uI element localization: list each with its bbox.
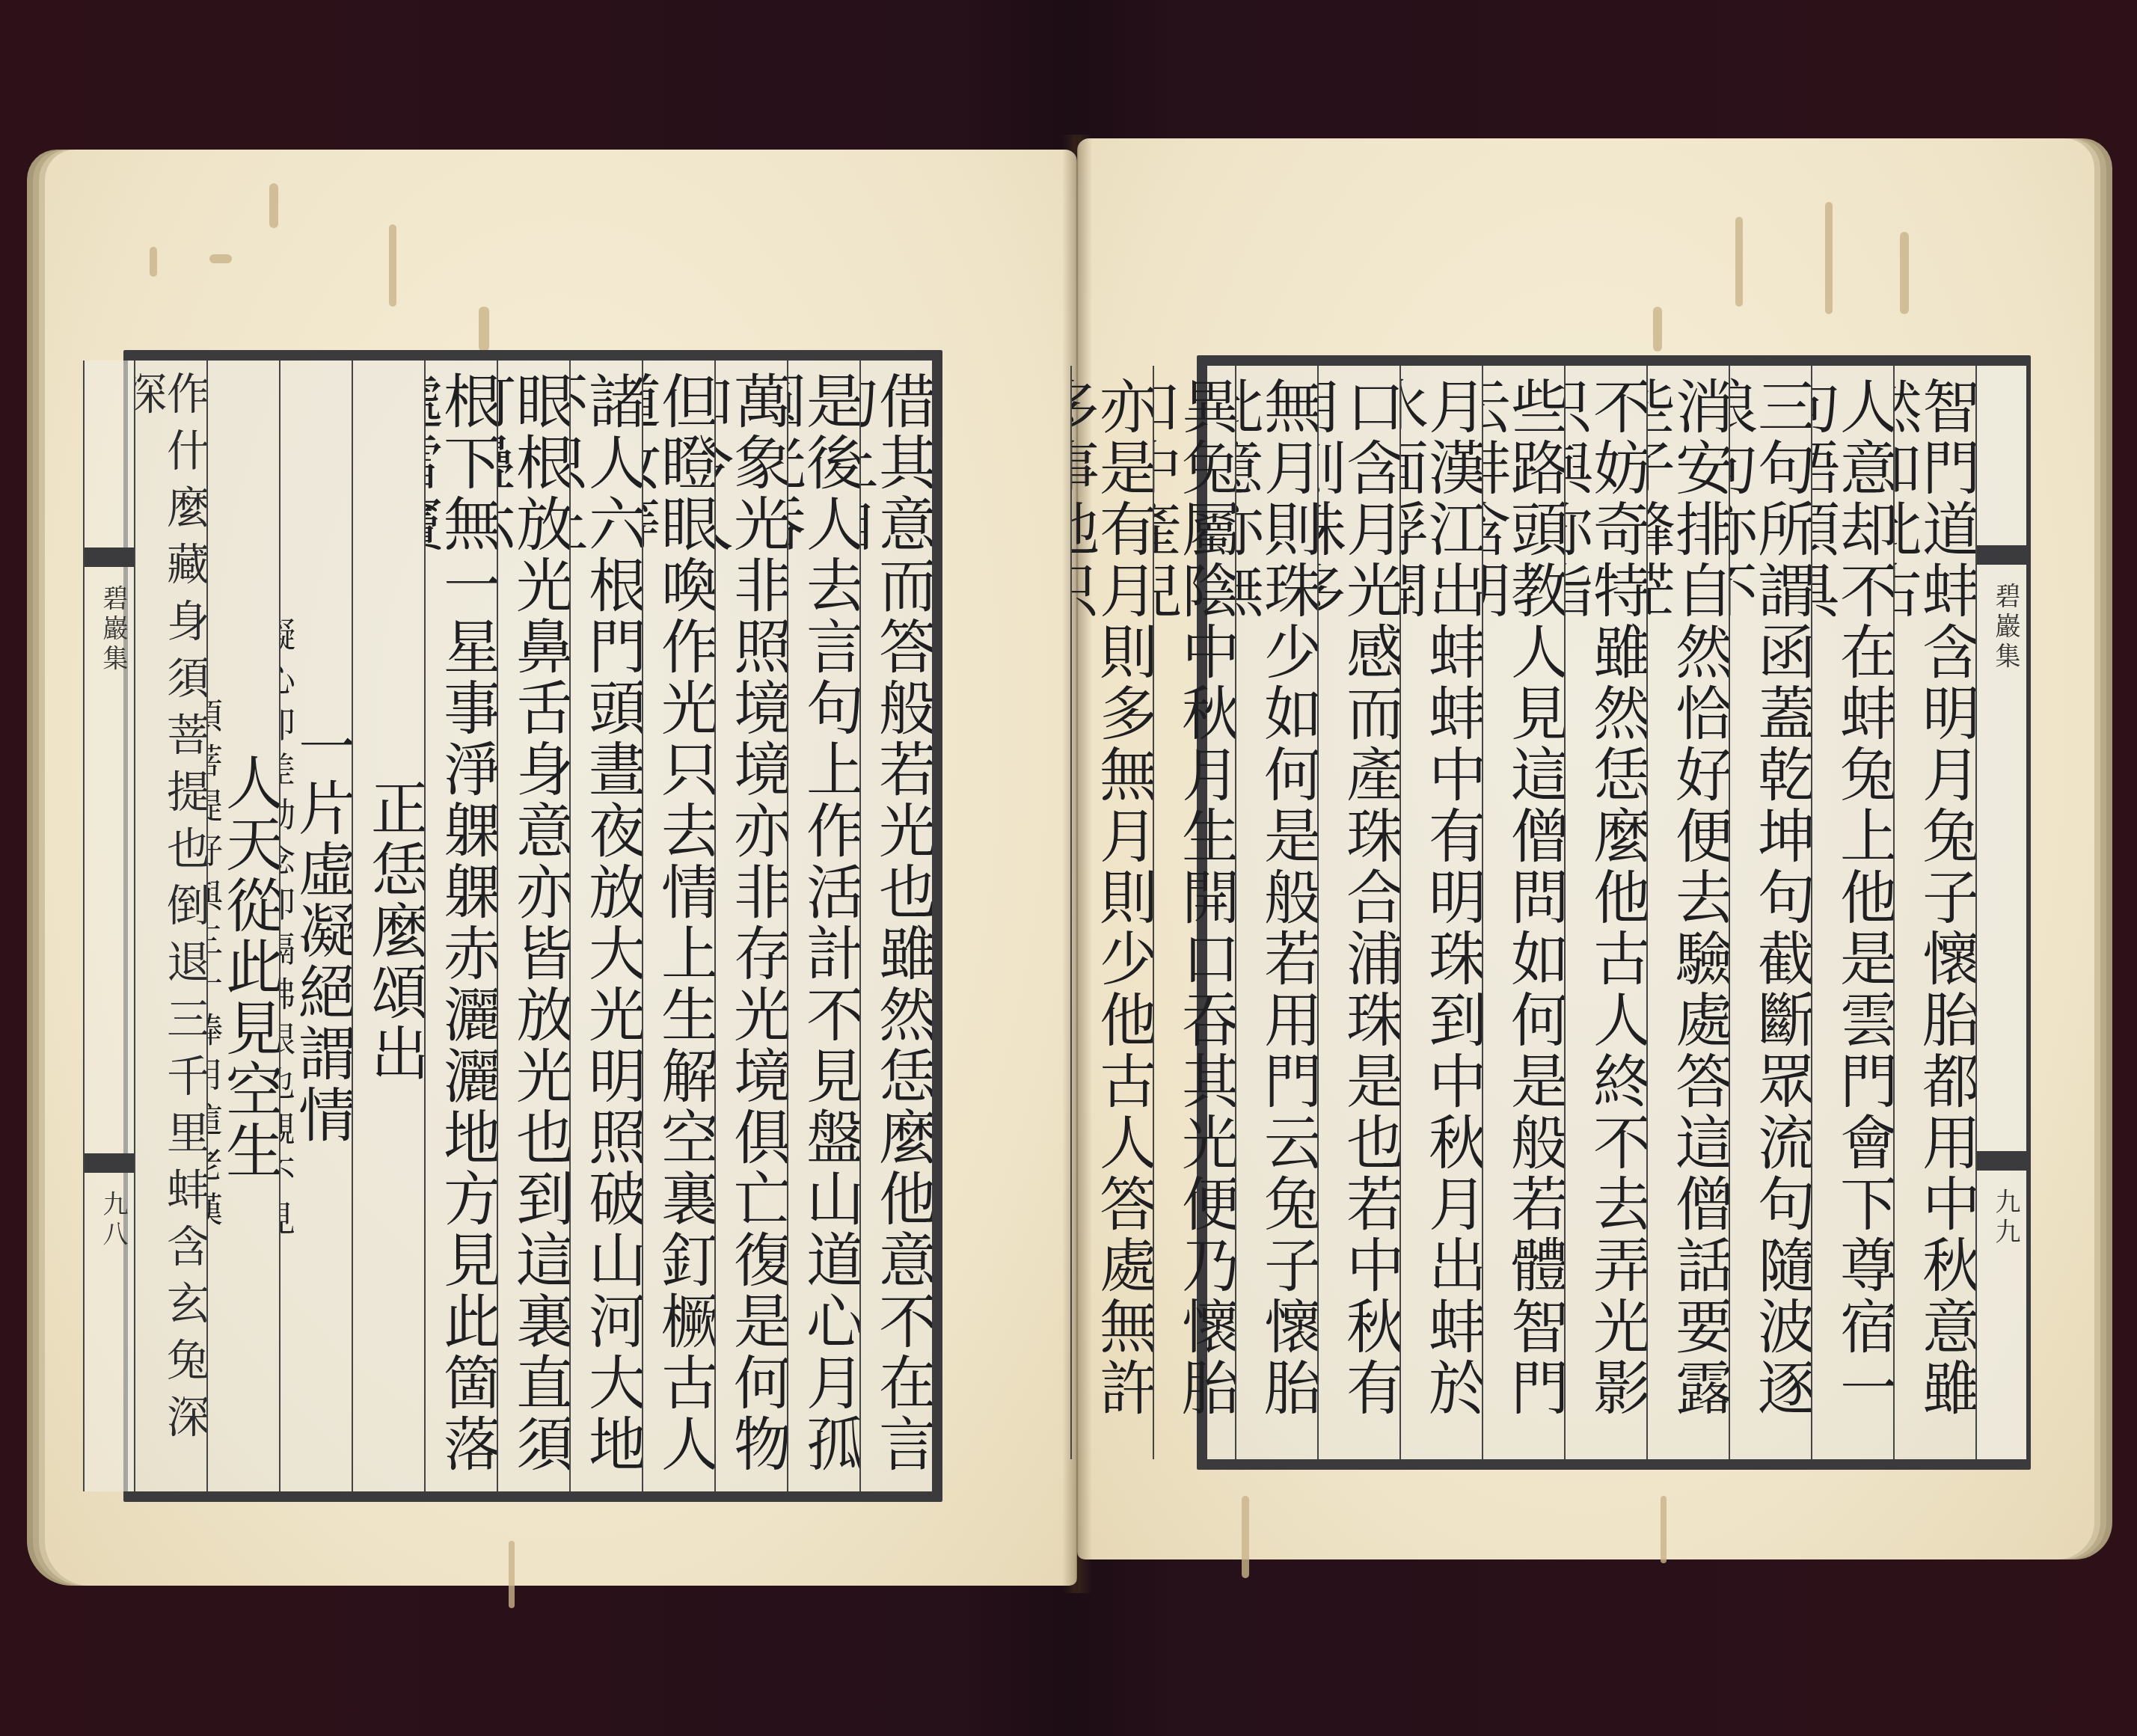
text-column: 人意却不在蚌兔上他是雲門會下尊宿一句語須具 — [1811, 366, 1893, 1459]
fishtail-mark — [1977, 545, 2026, 565]
right-page-center-margin: 碧巖集 九九 — [1975, 366, 2026, 1459]
wormhole-mark — [1900, 232, 1909, 314]
text-column: 根下無一星事淨躶躶赤灑灑地方見此箇落處雪竇 — [424, 361, 497, 1491]
fishtail-mark — [85, 1153, 134, 1173]
text-column: 智門道蚌含明月兔子懷胎都用中秋意雖然如此古 — [1893, 366, 1975, 1459]
wormhole-mark — [1242, 1496, 1249, 1578]
text-column: 三句所謂函蓋乾坤句截斷眾流句隨波逐浪句亦不 — [1729, 366, 1811, 1459]
right-page-text-block: 碧巖集 九九 智門道蚌含明月兔子懷胎都用中秋意雖然如此古 人意却不在蚌兔上他是雲… — [1197, 355, 2031, 1470]
text-column: 些路頭教人見這僧問如何是般若體智門云蚌含明 — [1482, 366, 1564, 1459]
text-column: 異兔屬陰中秋月生開口吞其光便乃懷胎口中產兒 — [1153, 366, 1235, 1459]
text-column: 無月則珠少如何是般若用門云兔子懷胎此意亦無 — [1235, 366, 1317, 1459]
text-column: 亦是有月則多無月則少他古人答處無許多事他只 — [1070, 366, 1153, 1459]
text-column: 消安排自然恰好便去驗處答這僧話要露些子鋒鋩 — [1646, 366, 1729, 1459]
verse-column: 一片虛凝絕謂情 擬心即差動念即隔佛眼也覷不見 — [279, 361, 352, 1491]
fishtail-mark — [1977, 1151, 2026, 1171]
commentary-column: 作什麼藏身須菩提也倒退三千里蚌含玄兔深深 — [134, 361, 206, 1491]
book-title-label: 碧巖集 — [1987, 583, 2024, 672]
page-number: 九八 — [95, 1191, 132, 1251]
verse-commentary: 擬心即差動念即隔佛眼也覷不見 — [279, 617, 293, 1245]
wormhole-mark — [479, 307, 489, 352]
fishtail-mark — [85, 548, 134, 567]
wormhole-mark — [1735, 217, 1743, 307]
wormhole-mark — [1661, 1496, 1667, 1563]
page-number: 九九 — [1987, 1188, 2024, 1248]
text-column: 不妨奇特雖然恁麼他古人終不去弄光影只與你指 — [1564, 366, 1646, 1459]
text-column: 但瞪眼喚作光只去情上生解空裏釘橛古人道汝等 — [642, 361, 714, 1491]
book-title-label: 碧巖集 — [95, 585, 132, 675]
wormhole-mark — [209, 254, 232, 263]
verse-line: 人天從此見空生 — [221, 752, 279, 1182]
wormhole-mark — [509, 1541, 515, 1608]
text-column: 諸人六根門頭晝夜放大光明照破山河大地不只止 — [569, 361, 642, 1491]
wormhole-mark — [389, 224, 396, 307]
text-column: 是後人去言句上作活計不見盤山道心月孤圓光吞 — [787, 361, 859, 1491]
text-column: 正恁麼頌出 — [352, 361, 424, 1491]
wormhole-mark — [269, 183, 278, 228]
verse-commentary: 須菩提好與三十棒用這老漢 — [206, 698, 221, 1236]
text-column: 口含月光感而產珠合浦珠是也若中秋有月則珠多 — [1317, 366, 1399, 1459]
verse-column: 人天從此見空生 須菩提好與三十棒用這老漢 — [206, 361, 279, 1491]
left-page-center-margin: 碧巖集 九八 — [83, 361, 134, 1491]
wormhole-mark — [150, 247, 157, 277]
text-column: 借其意而答般若光也雖然恁麼他意不在言句上自 — [859, 361, 932, 1491]
left-page-text-block: 借其意而答般若光也雖然恁麼他意不在言句上自 是後人去言句上作活計不見盤山道心月孤… — [123, 350, 942, 1502]
wormhole-mark — [1825, 202, 1833, 314]
wormhole-mark — [1653, 307, 1662, 352]
verse-line: 一片虛凝絕謂情 — [293, 717, 352, 1146]
text-column: 眼根放光鼻舌身意亦皆放光也到這裏直須打疊六 — [497, 361, 569, 1491]
text-column: 月漢江出蚌蚌中有明珠到中秋月出蚌於水面浮開 — [1399, 366, 1482, 1459]
text-column: 萬象光非照境境亦非存光境俱亡復是何物如今人 — [714, 361, 787, 1491]
